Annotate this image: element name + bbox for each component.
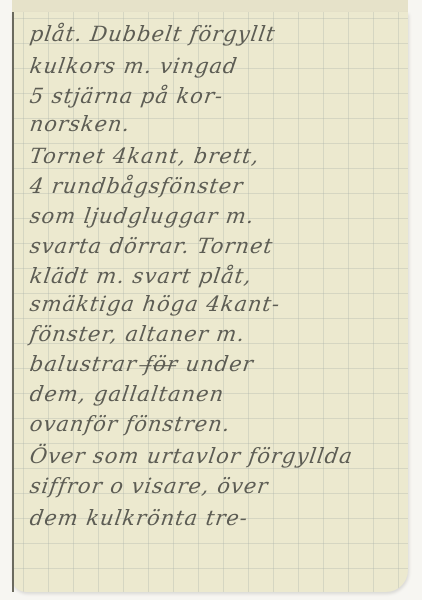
text-line: norsken. [28,112,132,136]
text-line: Tornet 4kant, brett, [28,144,261,168]
binding-edge [12,12,14,592]
text-line: smäktiga höga 4kant- [28,292,282,316]
text-line: klädt m. svart plåt, [28,264,253,288]
text-line: dem, gallaltanen [28,382,226,406]
text-line: Över som urtavlor förgyllda [28,444,354,468]
text-line: siffror o visare, över [28,474,270,498]
text-line: balustrar f̶ö̶r̶ under [28,352,255,376]
text-line: som ljudgluggar m. [28,204,256,228]
text-line: dem kulkrönta tre- [28,506,249,530]
text-line: plåt. Dubbelt förgyllt [28,22,277,46]
text-line: 5 stjärna på kor- [28,84,225,108]
text-line: svarta dörrar. Tornet [28,234,274,258]
text-line: 4 rundbågsfönster [28,174,245,198]
text-line: kulkors m. vingad [28,54,239,78]
text-line: fönster, altaner m. [28,322,246,346]
text-line: ovanför fönstren. [28,412,232,436]
